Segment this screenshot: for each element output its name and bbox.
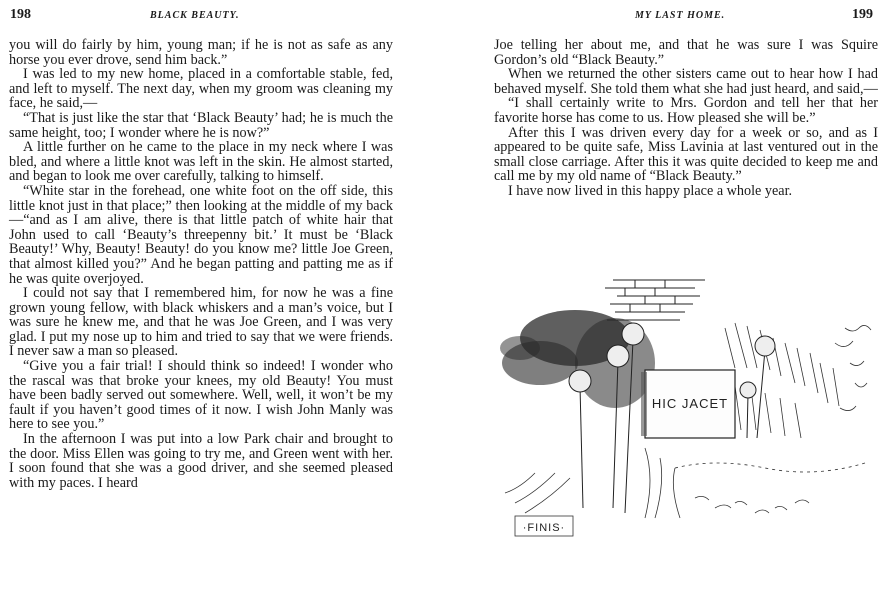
paragraph: “I shall certainly write to Mrs. Gordon … [494,96,878,125]
brick-wall [605,280,705,320]
ground-plants [505,448,865,518]
paragraph: I was led to my new home, placed in a co… [9,67,393,111]
tombstone-inscription: HIC JACET [652,396,728,411]
gravestone-drawing-icon: HIC JACET ·F [495,268,885,568]
paragraph: When we returned the other sisters came … [494,67,878,96]
left-page: 198 BLACK BEAUTY. you will do fairly by … [0,0,447,592]
paragraph: After this I was driven every day for a … [494,126,878,184]
body-text: Joe telling her about me, and that he wa… [494,38,878,199]
gravestone-illustration: HIC JACET ·F [495,268,885,568]
paragraph: In the afternoon I was put into a low Pa… [9,432,393,490]
running-head: BLACK BEAUTY. [150,10,240,21]
paragraph: “White star in the forehead, one white f… [9,184,393,286]
right-page: MY LAST HOME. 199 Joe telling her about … [447,0,894,592]
page-number: 199 [852,7,873,23]
page-number: 198 [10,7,31,23]
paragraph: “Give you a fair trial! I should think s… [9,359,393,432]
paragraph: I could not say that I remembered him, f… [9,286,393,359]
running-head: MY LAST HOME. [635,10,725,21]
paragraph: I have now lived in this happy place a w… [494,184,878,199]
finis-text: ·FINIS· [523,522,565,534]
body-text: you will do fairly by him, young man; if… [9,38,393,490]
paragraph: A little further on he came to the place… [9,140,393,184]
paragraph: you will do fairly by him, young man; if… [9,38,393,67]
paragraph: Joe telling her about me, and that he wa… [494,38,878,67]
paragraph: “That is just like the star that ‘Black … [9,111,393,140]
